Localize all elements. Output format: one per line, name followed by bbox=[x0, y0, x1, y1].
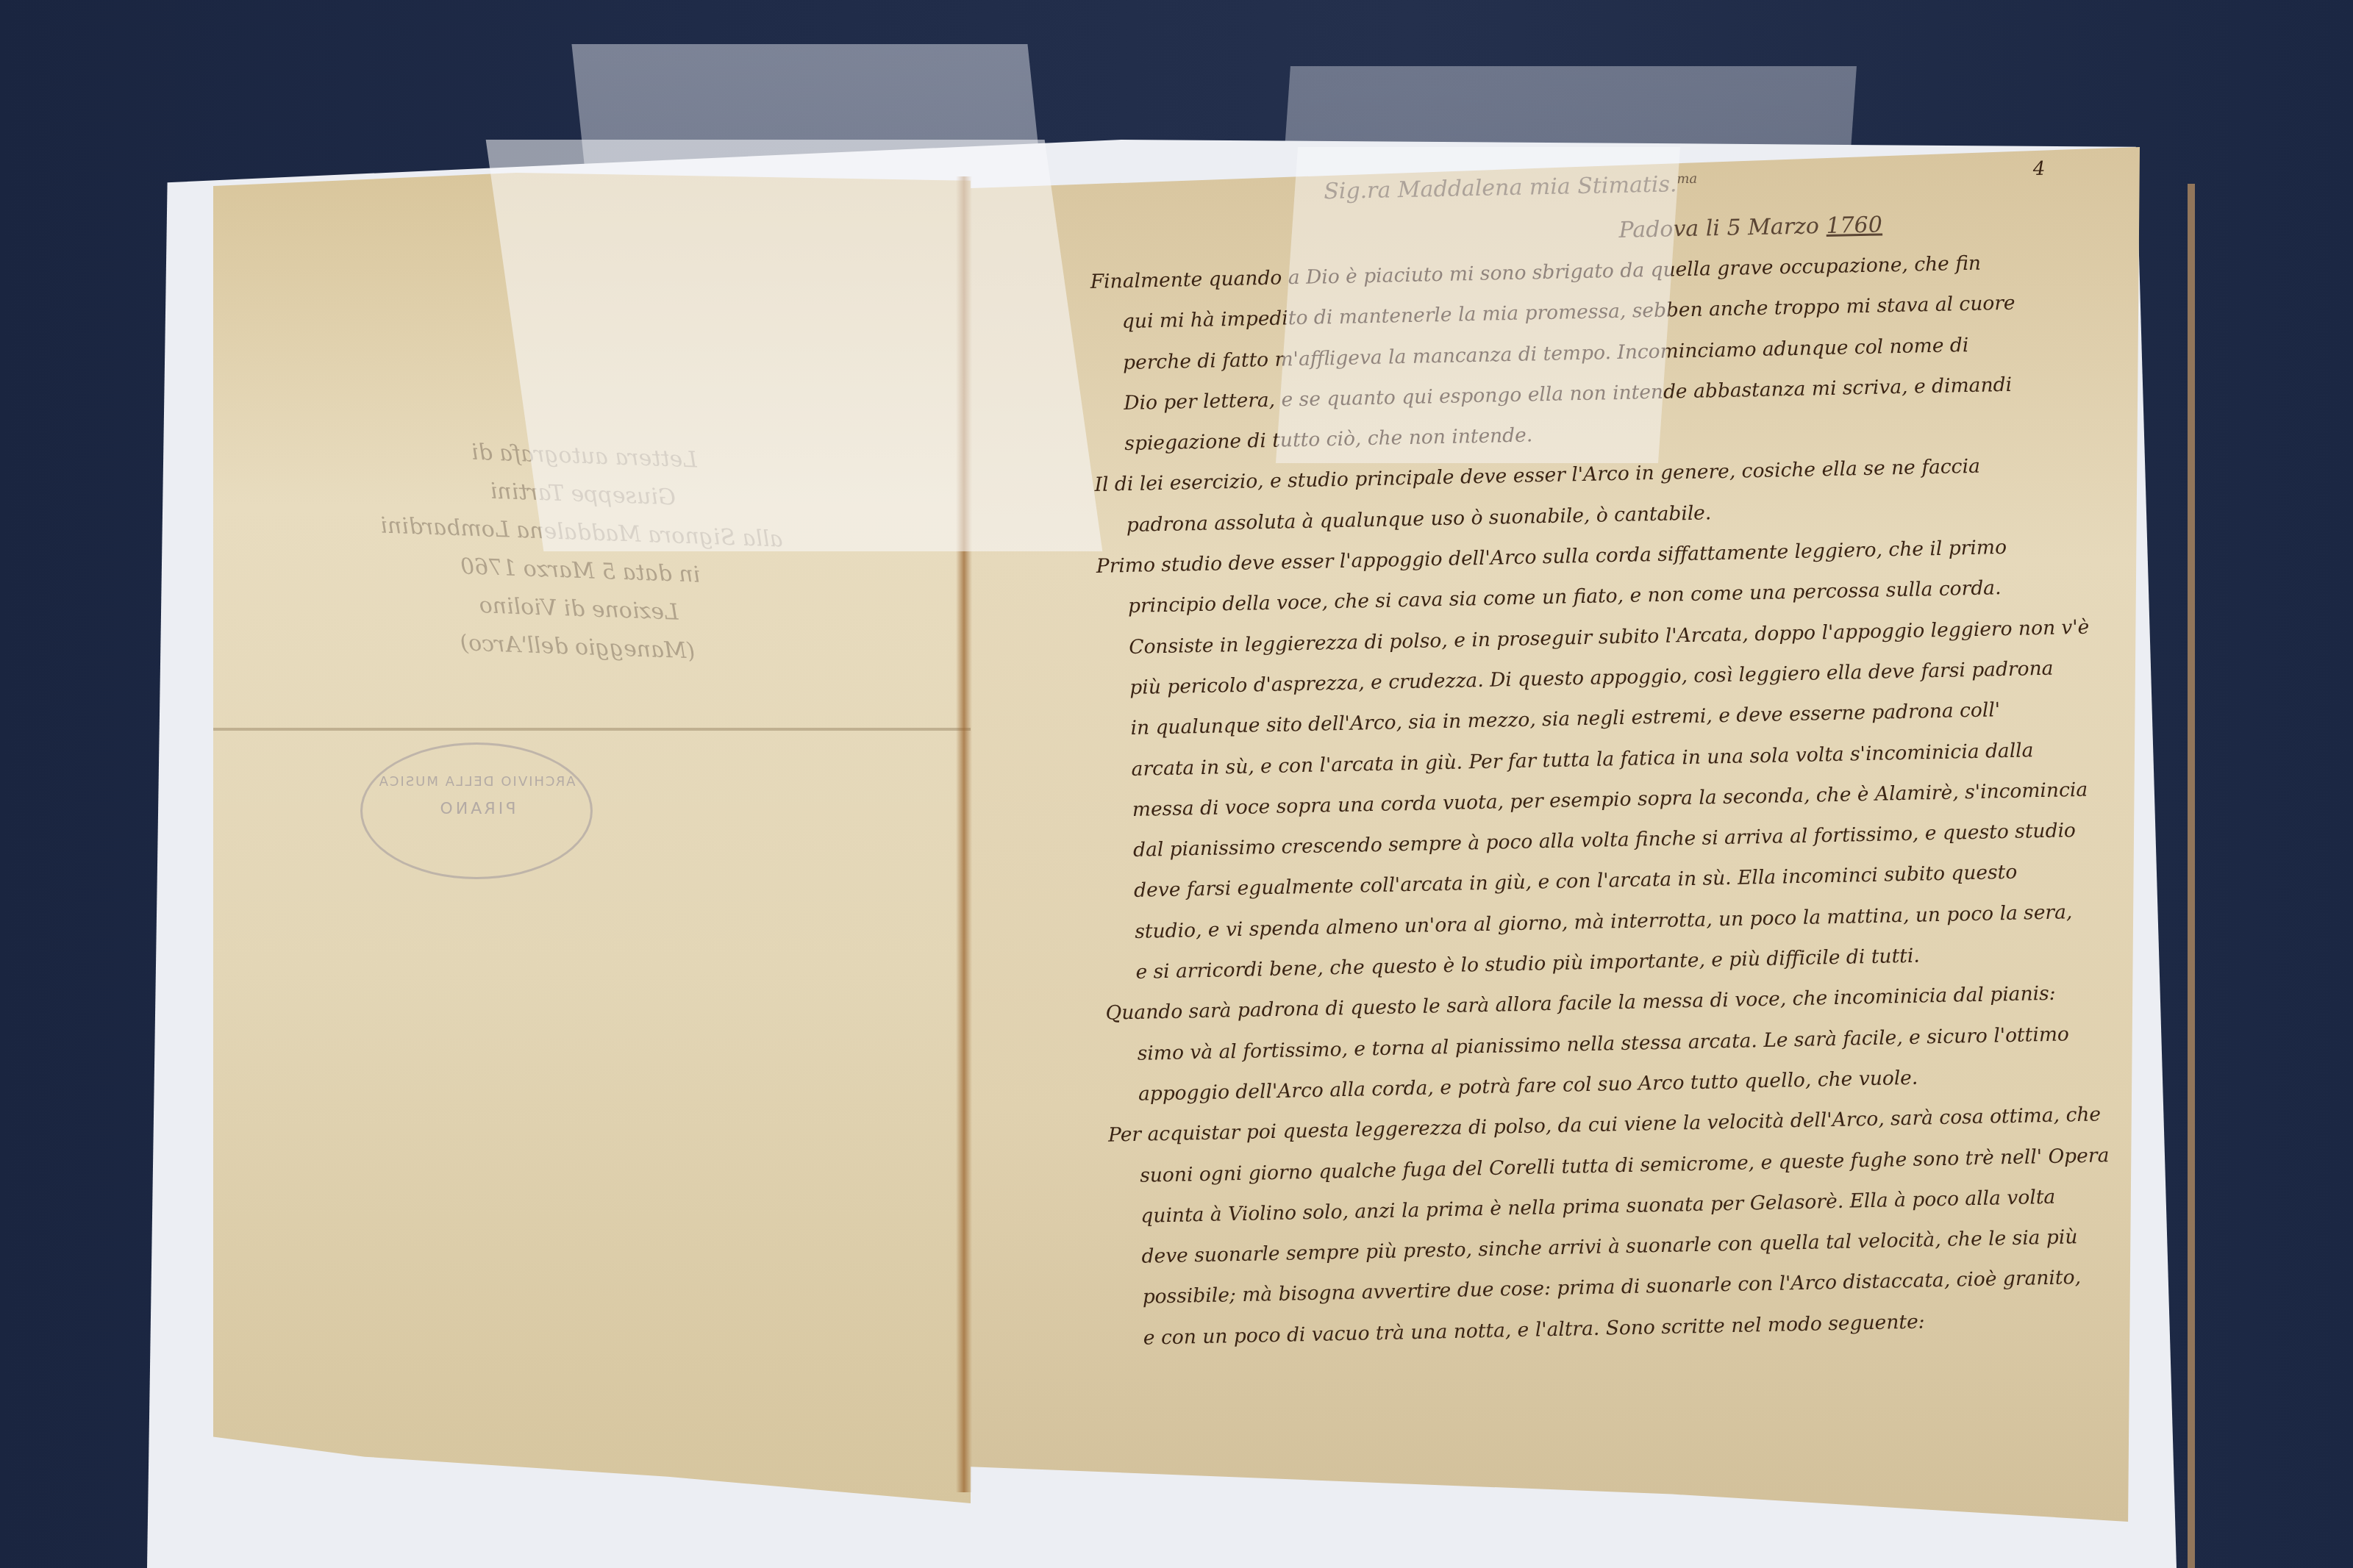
fold-crease bbox=[213, 728, 971, 731]
page-number: 4 bbox=[2033, 158, 2046, 180]
date-year: 1760 bbox=[1826, 212, 1882, 239]
glass-glare bbox=[1276, 147, 1680, 463]
dateline: Padova li 5 Marzo 1760 bbox=[1618, 207, 2134, 243]
stamp-top-text: ARCHIVIO DELLA MUSICA bbox=[363, 774, 590, 790]
glass-glare bbox=[486, 140, 1103, 551]
salutation-superscript: ma bbox=[1677, 171, 1697, 187]
letter-paragraph: Per acquistar poi questa leggerezza di p… bbox=[1108, 1093, 2157, 1358]
archive-stamp: ARCHIVIO DELLA MUSICA PIRANO bbox=[360, 742, 593, 879]
letter-paragraph: Primo studio deve esser l'appoggio dell'… bbox=[1096, 524, 2149, 993]
mat-edge bbox=[2188, 184, 2195, 1568]
stamp-bottom-text: PIRANO bbox=[363, 800, 590, 818]
letter-paragraph: Quando sarà padrona di questo le sarà al… bbox=[1105, 971, 2152, 1115]
